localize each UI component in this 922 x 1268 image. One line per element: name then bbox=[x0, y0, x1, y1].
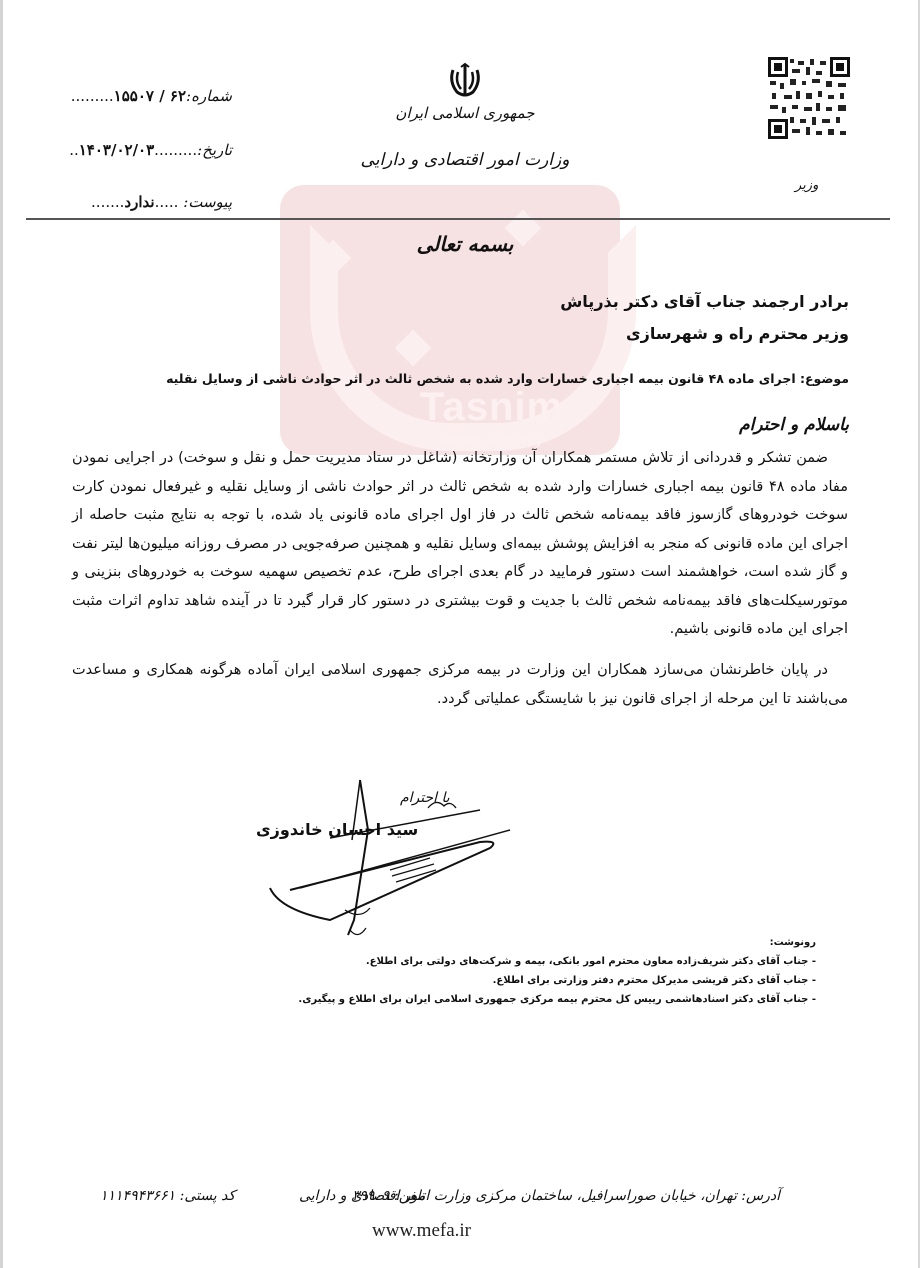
page-edge-right bbox=[918, 0, 920, 1268]
tasnim-watermark: Tasnim News Agency bbox=[280, 185, 620, 455]
signer-name: سید احسان خاندوزی bbox=[256, 820, 418, 839]
addressee-line-2: وزیر محترم راه و شهرسازی bbox=[626, 324, 849, 343]
cc-title: رونوشت: bbox=[770, 937, 816, 948]
closing-remark: با احترام bbox=[400, 790, 450, 806]
addressee-line-1: برادر ارجمند جناب آقای دکتر بذرپاش bbox=[560, 292, 849, 311]
header-divider bbox=[26, 218, 890, 220]
footer-phone: تلفن: ۳۹۹۰۹ bbox=[352, 1188, 425, 1204]
footer-website-link[interactable]: www.mefa.ir bbox=[372, 1220, 471, 1242]
letter-number: شماره:۶۲ / ۱۵۵۰۷......... bbox=[71, 87, 232, 105]
minister-label: وزیر bbox=[795, 178, 818, 193]
page-edge-left bbox=[0, 0, 3, 1268]
letter-number-value: ۶۲ / ۱۵۵۰۷ bbox=[114, 87, 186, 105]
iran-emblem-icon bbox=[447, 62, 483, 98]
qr-finder-icon bbox=[830, 57, 850, 77]
bismillah: بسمه تعالی bbox=[400, 232, 530, 256]
letter-date: تاریخ:.........۱۴۰۳/۰۲/۰۳.. bbox=[69, 141, 232, 159]
footer-postal-code: کد پستی: ۱۱۱۴۹۴۳۶۶۱ bbox=[100, 1188, 235, 1204]
qr-finder-icon bbox=[768, 57, 788, 77]
letter-date-value: ۱۴۰۳/۰۲/۰۳ bbox=[79, 141, 154, 159]
cc-item: - جناب آقای دکتر شریف‌زاده معاون محترم ا… bbox=[366, 956, 816, 967]
letter-subject: موضوع: اجرای ماده ۴۸ قانون بیمه اجباری خ… bbox=[166, 371, 849, 386]
letter-attachment-value: ندارد bbox=[124, 193, 154, 211]
signature-scribble-icon bbox=[250, 770, 520, 950]
cc-item: - جناب آقای دکتر قریشی مدیرکل محترم دفتر… bbox=[493, 975, 816, 986]
letter-attachment: پیوست: .....ندارد....... bbox=[91, 193, 232, 211]
ministry-title: وزارت امور اقتصادی و دارایی bbox=[340, 150, 590, 170]
republic-title: جمهوری اسلامی ایران bbox=[380, 104, 550, 122]
qr-finder-icon bbox=[768, 119, 788, 139]
qr-code bbox=[766, 55, 852, 141]
cc-item: - جناب آقای دکتر اسنادهاشمی رییس کل محتر… bbox=[298, 994, 816, 1005]
body-paragraph-1: ضمن تشکر و قدردانی از تلاش مستمر همکاران… bbox=[72, 444, 848, 644]
watermark-brand: Tasnim bbox=[420, 385, 563, 430]
body-paragraph-2: در پایان خاطرنشان می‌سازد همکاران این وز… bbox=[72, 656, 848, 713]
salutation: باسلام و احترام bbox=[739, 415, 849, 435]
